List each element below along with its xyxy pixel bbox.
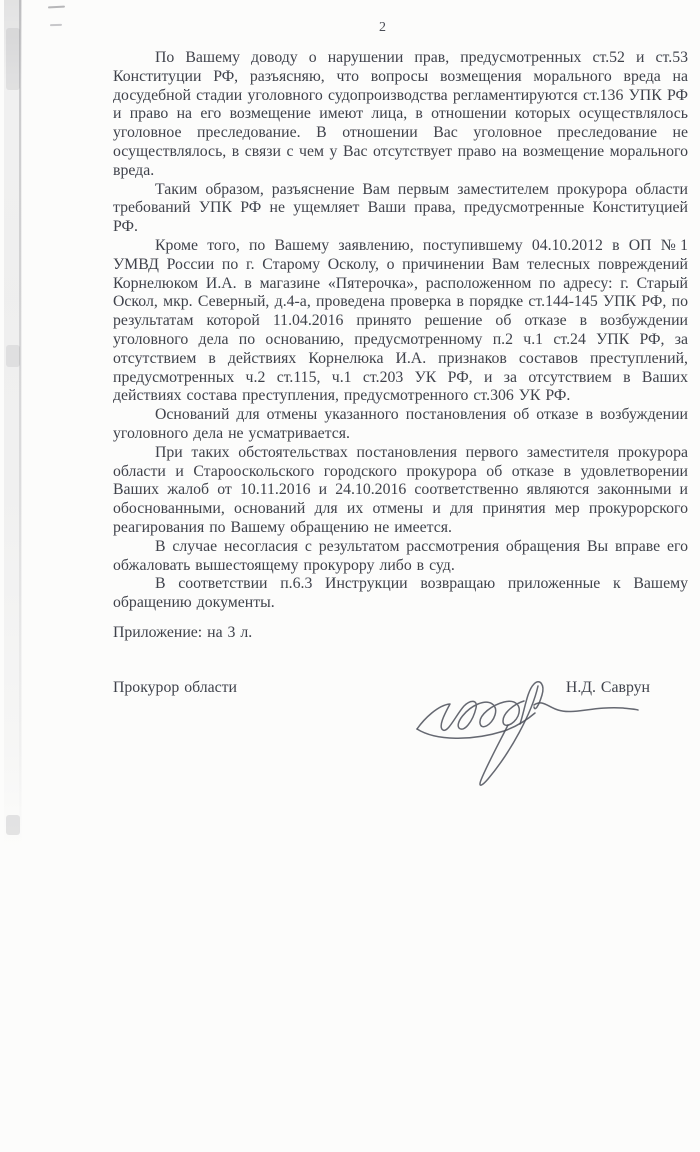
signer-title: Прокурор области — [113, 679, 237, 698]
scan-smudge — [6, 345, 20, 367]
letter-body: По Вашему доводу о нарушении прав, преду… — [113, 49, 688, 698]
signature-scribble — [408, 671, 643, 796]
paragraph-decisions-lawful: При таких обстоятельствах постановления … — [113, 444, 688, 538]
scan-speck — [50, 24, 62, 26]
paragraph-thus-clarification: Таким образом, разъяснение Вам первым за… — [113, 181, 688, 237]
scan-speck — [48, 6, 65, 9]
attachment-note: Приложение: на 3 л. — [113, 624, 688, 643]
paragraph-documents-returned: В соответствии п.6.3 Инструкции возвраща… — [113, 575, 688, 613]
paragraph-rights-explanation: По Вашему доводу о нарушении прав, преду… — [113, 49, 688, 181]
scanned-letter-page: 2 По Вашему доводу о нарушении прав, пре… — [0, 0, 700, 1152]
paragraph-appeal-right: В случае несогласия с результатом рассмо… — [113, 538, 688, 576]
paragraph-no-grounds: Оснований для отмены указанного постанов… — [113, 406, 688, 444]
page-number: 2 — [379, 20, 386, 36]
paragraph-case-details: Кроме того, по Вашему заявлению, поступи… — [113, 237, 688, 406]
scan-smudge — [6, 28, 20, 90]
scan-fold-line — [19, 0, 21, 842]
scan-smudge — [6, 815, 20, 835]
